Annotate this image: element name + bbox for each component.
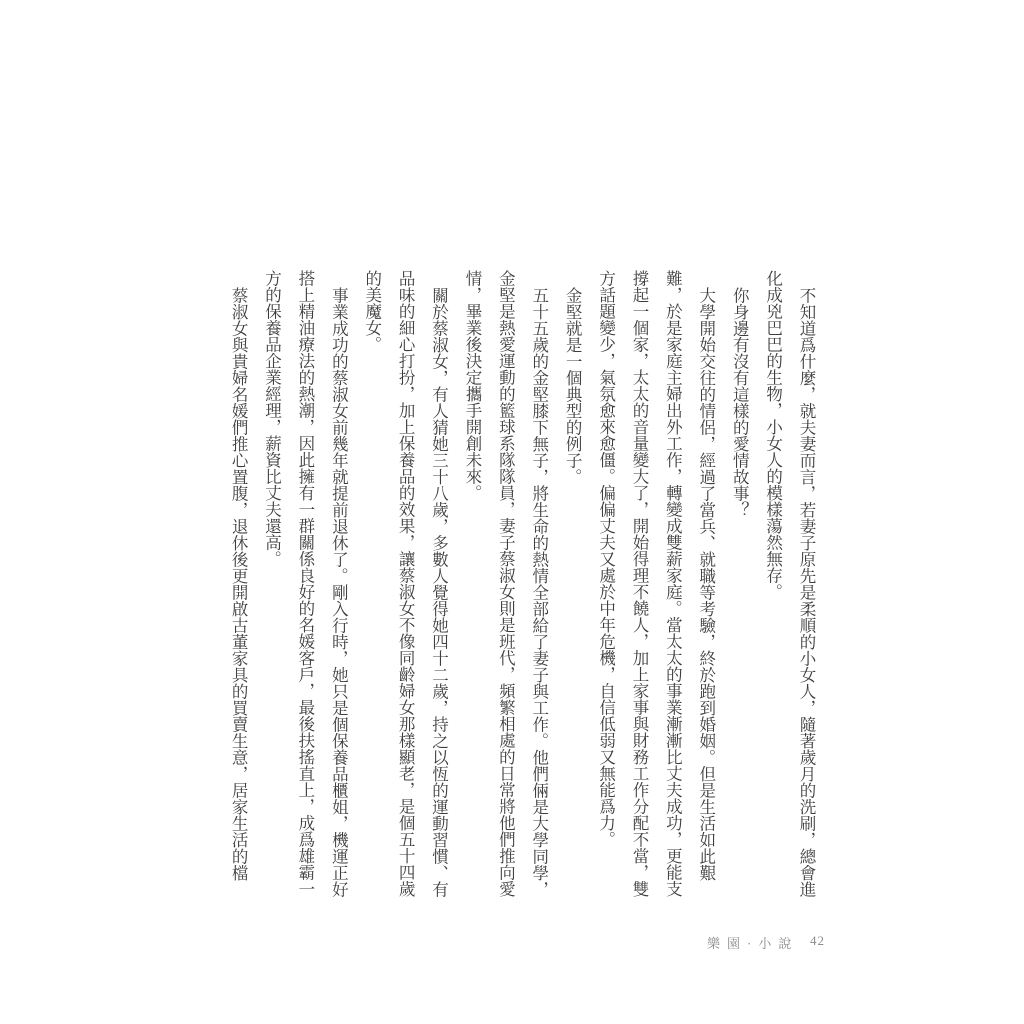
running-title: 樂園·小說: [707, 933, 798, 952]
paragraph-7: 事業成功的蔡淑女前幾年就提前退休了。剛入行時，她只是個保養品櫃姐，機運正好搭上精…: [255, 270, 355, 900]
page-footer: 樂園·小說 42: [0, 933, 1024, 953]
paragraph-4: 金堅就是一個典型的例子。: [556, 270, 589, 900]
paragraph-5: 五十五歲的金堅膝下無子，將生命的熱情全部給了妻子與工作。他們倆是大學同學，金堅是…: [456, 270, 556, 900]
book-page: 不知道爲什麼，就夫妻而言，若妻子原先是柔順的小女人，隨著歲月的洗刷，總會進化成兇…: [0, 0, 1024, 1024]
body-text: 不知道爲什麼，就夫妻而言，若妻子原先是柔順的小女人，隨著歲月的洗刷，總會進化成兇…: [222, 270, 823, 900]
paragraph-8: 蔡淑女與貴婦名媛們推心置腹，退休後更開啟古董家具的買賣生意，居家生活的檔: [222, 270, 255, 900]
paragraph-6: 關於蔡淑女，有人猜她三十八歲，多數人覺得她四十二歲，持之以恆的運動習慣、有品味的…: [355, 270, 455, 900]
paragraph-2: 你身邊有沒有這樣的愛情故事？: [723, 270, 756, 900]
page-number: 42: [810, 933, 825, 949]
paragraph-1: 不知道爲什麼，就夫妻而言，若妻子原先是柔順的小女人，隨著歲月的洗刷，總會進化成兇…: [756, 270, 823, 900]
paragraph-3: 大學開始交往的情侶，經過了當兵、就職等考驗，終於跑到婚姻。但是生活如此艱難，於是…: [589, 270, 723, 900]
